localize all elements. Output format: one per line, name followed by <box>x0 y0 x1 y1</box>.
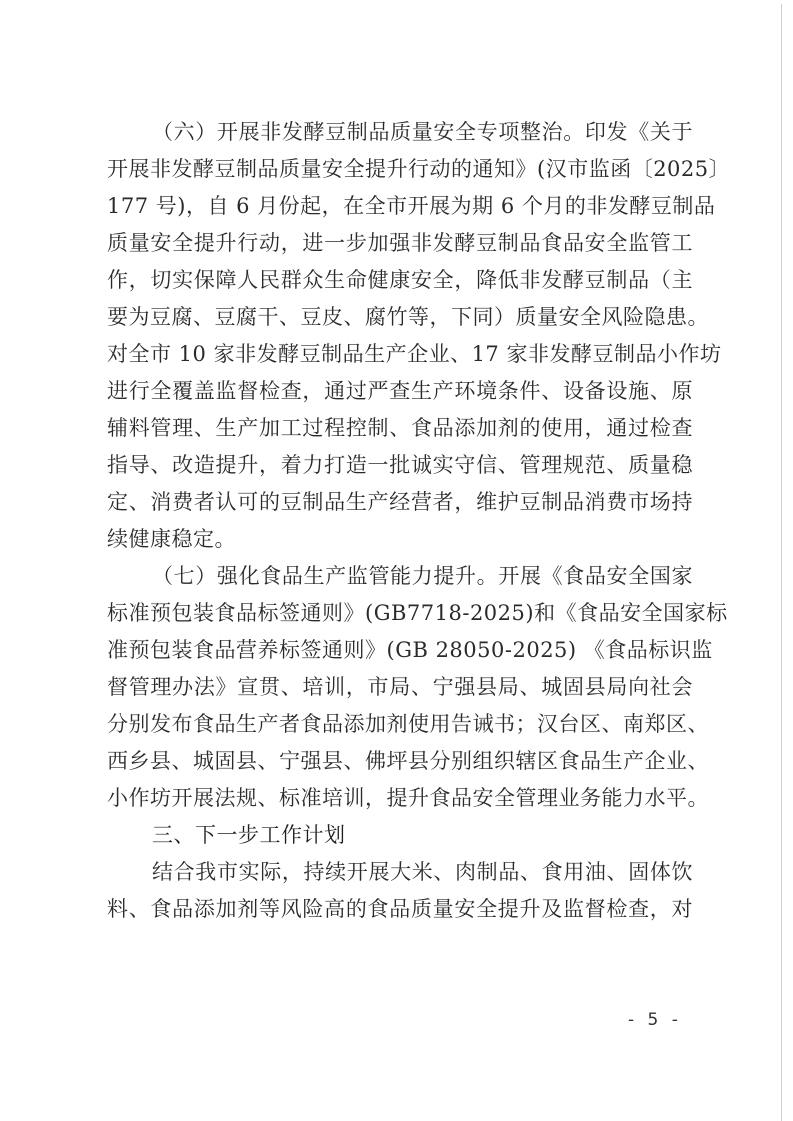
text-line: 指导、改造提升，着力打造一批诚实守信、管理规范、质量稳 <box>107 447 693 484</box>
paragraph-7-production-supervision: （七）强化食品生产监管能力提升。开展《食品安全国家 标准预包装食品标签通则》(G… <box>107 558 693 817</box>
text-line: 准预包装食品营养标签通则》(GB 28050-2025) 《食品标识监 <box>107 632 693 669</box>
text-line: 督管理办法》宣贯、培训，市局、宁强县局、城固县局向社会 <box>107 669 693 706</box>
text-line: 结合我市实际，持续开展大米、肉制品、食用油、固体饮 <box>107 854 693 891</box>
text-line: 续健康稳定。 <box>107 521 693 558</box>
text-line: 料、食品添加剂等风险高的食品质量安全提升及监督检查，对 <box>107 891 693 928</box>
text-line: 开展非发酵豆制品质量安全提升行动的通知》(汉市监函〔2025〕 <box>107 151 693 188</box>
scan-edge-line <box>781 4 782 1121</box>
document-body: （六）开展非发酵豆制品质量安全专项整治。印发《关于 开展非发酵豆制品质量安全提升… <box>107 114 693 928</box>
text-line: 辅料管理、生产加工过程控制、食品添加剂的使用，通过检查 <box>107 410 693 447</box>
text-line: 小作坊开展法规、标准培训，提升食品安全管理业务能力水平。 <box>107 780 693 817</box>
text-line: 西乡县、城固县、宁强县、佛坪县分别组织辖区食品生产企业、 <box>107 743 693 780</box>
paragraph-6-non-fermented-soy: （六）开展非发酵豆制品质量安全专项整治。印发《关于 开展非发酵豆制品质量安全提升… <box>107 114 693 558</box>
text-line: 标准预包装食品标签通则》(GB7718-2025)和《食品安全国家标 <box>107 595 693 632</box>
text-line: 分别发布食品生产者食品添加剂使用告诫书；汉台区、南郑区、 <box>107 706 693 743</box>
paragraph-next-steps: 结合我市实际，持续开展大米、肉制品、食用油、固体饮 料、食品添加剂等风险高的食品… <box>107 854 693 928</box>
section-heading: 三、下一步工作计划 <box>107 817 693 854</box>
text-line: 质量安全提升行动，进一步加强非发酵豆制品食品安全监管工 <box>107 225 693 262</box>
text-line: 对全市 10 家非发酵豆制品生产企业、17 家非发酵豆制品小作坊 <box>107 336 693 373</box>
text-line: 进行全覆盖监督检查，通过严查生产环境条件、设备设施、原 <box>107 373 693 410</box>
document-page: （六）开展非发酵豆制品质量安全专项整治。印发《关于 开展非发酵豆制品质量安全提升… <box>0 0 793 1121</box>
text-line: （七）强化食品生产监管能力提升。开展《食品安全国家 <box>107 558 693 595</box>
text-line: 177 号)，自 6 月份起，在全市开展为期 6 个月的非发酵豆制品 <box>107 188 693 225</box>
text-line: （六）开展非发酵豆制品质量安全专项整治。印发《关于 <box>107 114 693 151</box>
page-number: - 5 - <box>628 1010 682 1030</box>
text-line: 作，切实保障人民群众生命健康安全，降低非发酵豆制品（主 <box>107 262 693 299</box>
text-line: 定、消费者认可的豆制品生产经营者，维护豆制品消费市场持 <box>107 484 693 521</box>
text-line: 要为豆腐、豆腐干、豆皮、腐竹等，下同）质量安全风险隐患。 <box>107 299 693 336</box>
